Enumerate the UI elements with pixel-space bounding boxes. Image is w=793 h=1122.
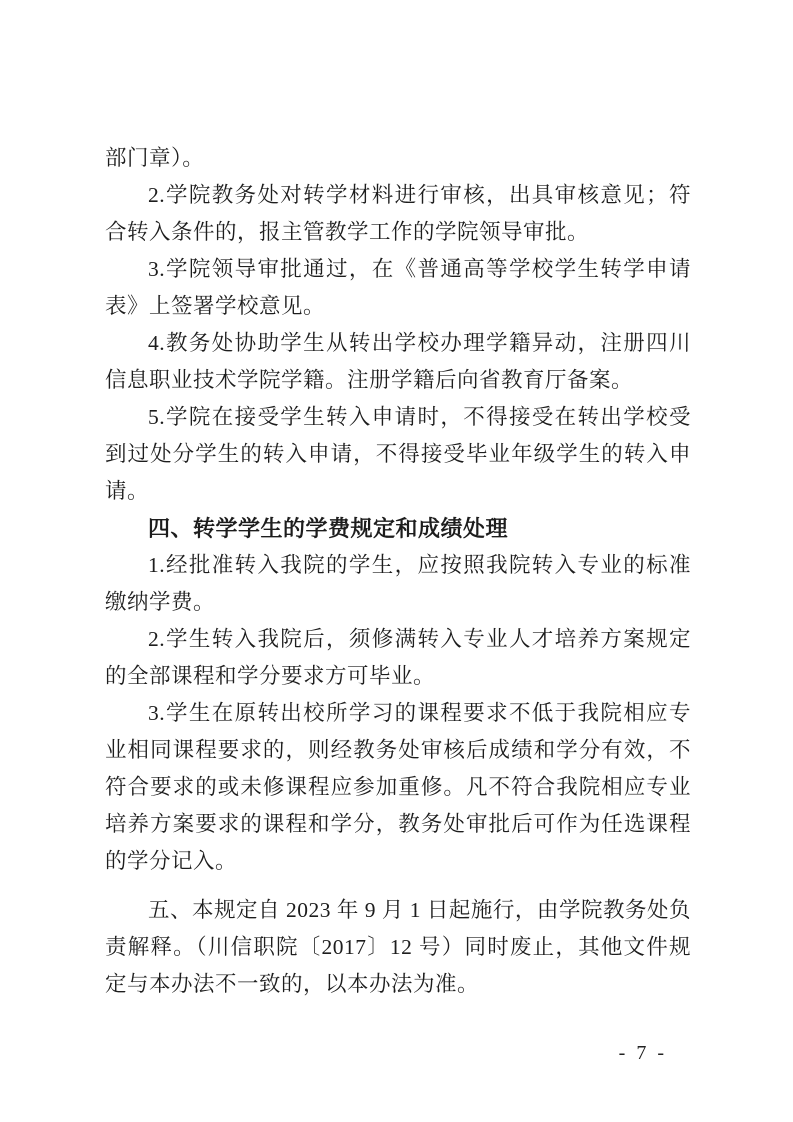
paragraph-section-five-effective-date: 五、本规定自 2023 年 9 月 1 日起施行，由学院教务处负责解释。（川信职…: [105, 892, 691, 1003]
paragraph-tuition-1: 1.经批准转入我院的学生，应按照我院转入专业的标准缴纳学费。: [105, 547, 691, 621]
paragraph-item-5-restrictions: 5.学院在接受学生转入申请时，不得接受在转出学校受到过处分学生的转入申请，不得接…: [105, 399, 691, 510]
page-number: - 7 -: [619, 1041, 667, 1065]
paragraph-continuation: 部门章）。: [105, 140, 691, 177]
document-body: 部门章）。 2.学院教务处对转学材料进行审核，出具审核意见；符合转入条件的，报主…: [105, 140, 691, 1003]
paragraph-tuition-3: 3.学生在原转出校所学习的课程要求不低于我院相应专业相同课程要求的，则经教务处审…: [105, 695, 691, 880]
section-heading-four: 四、转学学生的学费规定和成绩处理: [105, 510, 691, 547]
paragraph-item-4-registration: 4.教务处协助学生从转出学校办理学籍异动，注册四川信息职业技术学院学籍。注册学籍…: [105, 325, 691, 399]
document-page: 部门章）。 2.学院教务处对转学材料进行审核，出具审核意见；符合转入条件的，报主…: [0, 0, 793, 1122]
paragraph-item-2-review: 2.学院教务处对转学材料进行审核，出具审核意见；符合转入条件的，报主管教学工作的…: [105, 177, 691, 251]
paragraph-item-3-approval: 3.学院领导审批通过，在《普通高等学校学生转学申请表》上签署学校意见。: [105, 251, 691, 325]
paragraph-tuition-2: 2.学生转入我院后，须修满转入专业人才培养方案规定的全部课程和学分要求方可毕业。: [105, 621, 691, 695]
